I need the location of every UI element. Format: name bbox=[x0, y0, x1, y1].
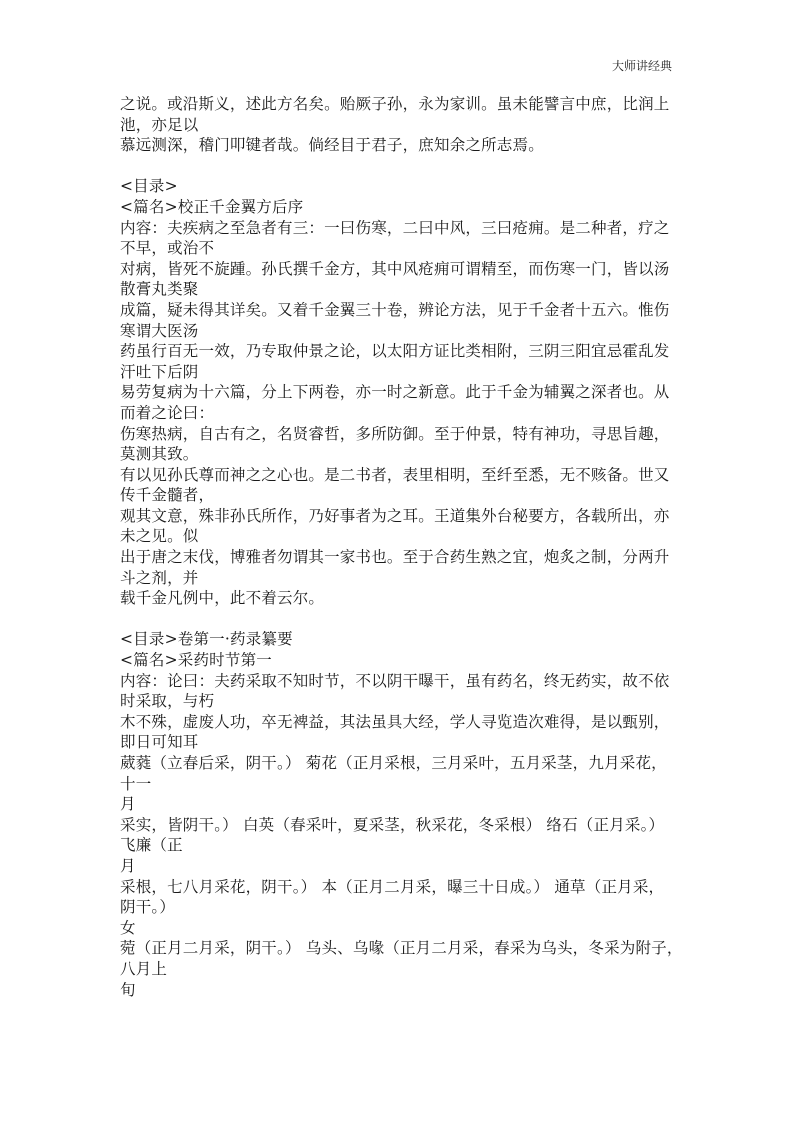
preface-tail-block: 之说。或沿斯义，述此方名矣。贻厥子孙，永为家训。虽未能譬言中庶，比润上 池，亦足… bbox=[120, 94, 690, 156]
text-line: 汗吐下后阴 bbox=[120, 362, 690, 383]
text-line: 月 bbox=[120, 856, 690, 877]
paragraph-spacer bbox=[120, 156, 690, 177]
text-line: 莫测其致。 bbox=[120, 444, 690, 465]
text-line: 十一 bbox=[120, 774, 690, 795]
text-line: 时采取，与朽 bbox=[120, 691, 690, 712]
text-line: 不早，或治不 bbox=[120, 238, 690, 259]
text-line: 传千金髓者， bbox=[120, 485, 690, 506]
text-line: 木不殊，虚废人功，卒无裨益，其法虽具大经，学人寻览造次难得，是以甄别， bbox=[120, 712, 690, 733]
text-line: 斗之剂，并 bbox=[120, 568, 690, 589]
text-line: 慕远测深，稽门叩键者哉。倘经目于君子，庶知余之所志焉。 bbox=[120, 135, 690, 156]
text-line: 葳蕤（立春后采，阴干。） 菊花（正月采根，三月采叶，五月采茎，九月采花， bbox=[120, 753, 690, 774]
text-line: 女 bbox=[120, 918, 690, 939]
chapter-title: <篇名>采药时节第一 bbox=[120, 650, 690, 671]
text-line: 菀（正月二月采，阴干。） 乌头、乌喙（正月二月采，春采为乌头，冬采为附子， bbox=[120, 938, 690, 959]
text-line: 八月上 bbox=[120, 959, 690, 980]
text-line: 采实，皆阴干。） 白英（春采叶，夏采茎，秋采花，冬采根） 络石（正月采。） bbox=[120, 815, 690, 836]
chapter-title: <篇名>校正千金翼方后序 bbox=[120, 197, 690, 218]
text-line: 之说。或沿斯义，述此方名矣。贻厥子孙，永为家训。虽未能譬言中庶，比润上 bbox=[120, 94, 690, 115]
text-line: 月 bbox=[120, 794, 690, 815]
text-line: 内容：夫疾病之至急者有三：一曰伤寒，二曰中风，三曰疮痈。是二种者，疗之 bbox=[120, 218, 690, 239]
text-line: 出于唐之末伐，博雅者勿谓其一家书也。至于合药生熟之宜，炮炙之制，分两升 bbox=[120, 547, 690, 568]
text-line: 旬 bbox=[120, 980, 690, 1001]
text-line: 而着之论曰： bbox=[120, 403, 690, 424]
text-line: 药虽行百无一效，乃专取仲景之论，以太阳方证比类相附，三阴三阳宜忌霍乱发 bbox=[120, 341, 690, 362]
text-line: 阴干。） bbox=[120, 897, 690, 918]
text-line: 未之见。似 bbox=[120, 526, 690, 547]
text-line: 即日可知耳 bbox=[120, 732, 690, 753]
section-volume-one: <目录>卷第一·药录纂要 <篇名>采药时节第一 内容：论曰：夫药采取不知时节，不… bbox=[120, 629, 690, 1000]
text-line: 易劳复病为十六篇，分上下两卷，亦一时之新意。此于千金为辅翼之深者也。从 bbox=[120, 382, 690, 403]
text-line: 飞廉（正 bbox=[120, 835, 690, 856]
text-line: 有以见孙氏尊而神之之心也。是二书者，表里相明，至纤至悉，无不赅备。世又 bbox=[120, 465, 690, 486]
text-line: 载千金凡例中，此不着云尔。 bbox=[120, 588, 690, 609]
text-line: 采根，七八月采花，阴干。） 本（正月二月采，曝三十日成。） 通草（正月采， bbox=[120, 877, 690, 898]
text-line: 观其文意，殊非孙氏所作，乃好事者为之耳。王道集外台秘要方，各载所出，亦 bbox=[120, 506, 690, 527]
toc-marker: <目录>卷第一·药录纂要 bbox=[120, 629, 690, 650]
text-line: 散膏丸类聚 bbox=[120, 279, 690, 300]
text-line: 成篇，疑未得其详矣。又着千金翼三十卷，辨论方法，见于千金者十五六。惟伤 bbox=[120, 300, 690, 321]
text-line: 伤寒热病，自古有之，名贤睿哲，多所防御。至于仲景，特有神功，寻思旨趣， bbox=[120, 424, 690, 445]
text-line: 寒谓大医汤 bbox=[120, 321, 690, 342]
section-postface: <目录> <篇名>校正千金翼方后序 内容：夫疾病之至急者有三：一曰伤寒，二曰中风… bbox=[120, 176, 690, 608]
text-line: 对病，皆死不旋踵。孙氏撰千金方，其中风疮痈可谓精至，而伤寒一门，皆以汤 bbox=[120, 259, 690, 280]
text-line: 内容：论曰：夫药采取不知时节，不以阴干曝干，虽有药名，终无药实，故不依 bbox=[120, 671, 690, 692]
page-header-title: 大师讲经典 bbox=[612, 58, 672, 74]
paragraph-spacer bbox=[120, 609, 690, 630]
toc-marker: <目录> bbox=[120, 176, 690, 197]
document-body: 之说。或沿斯义，述此方名矣。贻厥子孙，永为家训。虽未能譬言中庶，比润上 池，亦足… bbox=[120, 94, 690, 1000]
text-line: 池，亦足以 bbox=[120, 115, 690, 136]
